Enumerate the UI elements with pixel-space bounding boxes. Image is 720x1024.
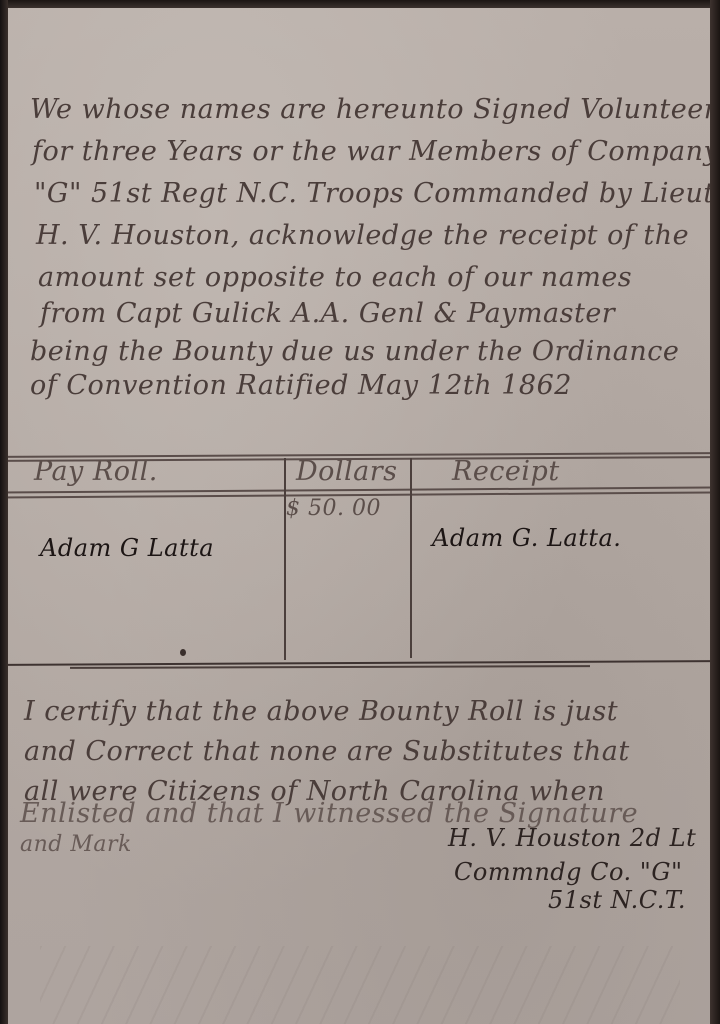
document-page: We whose names are hereunto Signed Volun… bbox=[0, 6, 712, 1024]
column-header-pay-roll: Pay Roll. bbox=[34, 456, 158, 487]
reverse-side-ink-bleed bbox=[40, 946, 680, 1024]
page-top-edge bbox=[0, 0, 720, 8]
signatory-name: H. V. Houston 2d Lt bbox=[448, 824, 696, 852]
table-bottom-rule-double bbox=[70, 665, 590, 668]
page-left-edge bbox=[0, 0, 8, 1024]
paragraph-line: for three Years or the war Members of Co… bbox=[32, 136, 719, 167]
column-divider bbox=[284, 458, 286, 660]
certification-line: I certify that the above Bounty Roll is … bbox=[24, 696, 618, 727]
paragraph-line: "G" 51st Regt N.C. Troops Commanded by L… bbox=[34, 178, 715, 209]
paragraph-line: from Capt Gulick A.A. Genl & Paymaster bbox=[40, 298, 615, 329]
paragraph-line: amount set opposite to each of our names bbox=[38, 262, 632, 293]
receipt-signature-cell: Adam G. Latta. bbox=[432, 524, 621, 552]
column-header-receipt: Receipt bbox=[452, 456, 560, 487]
column-header-dollars: Dollars bbox=[296, 456, 398, 487]
paragraph-line: being the Bounty due us under the Ordina… bbox=[30, 336, 679, 367]
certification-line: and Correct that none are Substitutes th… bbox=[24, 736, 630, 767]
paragraph-line: We whose names are hereunto Signed Volun… bbox=[30, 94, 720, 125]
page-right-edge bbox=[710, 0, 720, 1024]
pay-roll-name-cell: Adam G Latta bbox=[40, 534, 214, 562]
signatory-title: Commndg Co. "G" bbox=[454, 858, 683, 886]
amount-cell: $ 50. 00 bbox=[286, 496, 381, 521]
column-divider bbox=[410, 458, 412, 658]
signatory-unit: 51st N.C.T. bbox=[548, 886, 686, 914]
paragraph-line: of Convention Ratified May 12th 1862 bbox=[30, 370, 572, 401]
certification-line: and Mark bbox=[20, 832, 132, 857]
ink-blot bbox=[180, 649, 186, 656]
paragraph-line: H. V. Houston, acknowledge the receipt o… bbox=[36, 220, 689, 251]
